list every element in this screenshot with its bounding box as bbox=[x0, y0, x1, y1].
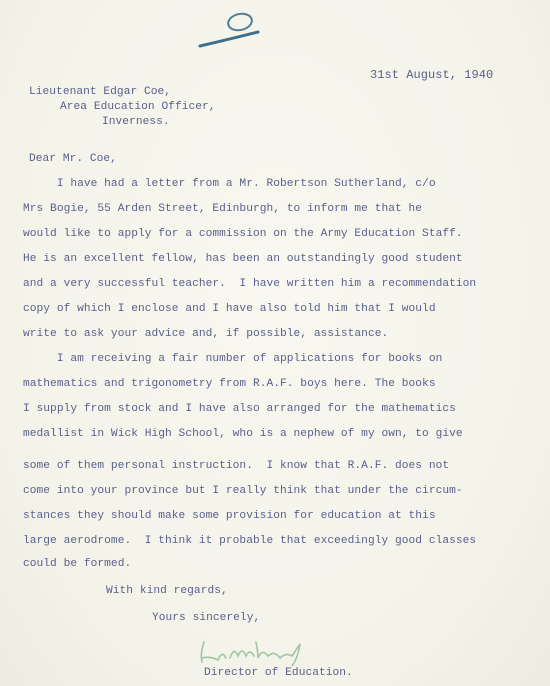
letter-date: 31st August, 1940 bbox=[370, 68, 493, 82]
recipient-place: Inverness. bbox=[102, 116, 170, 128]
recipient-position: Area Education Officer, bbox=[60, 101, 216, 113]
body-line: mathematics and trigonometry from R.A.F.… bbox=[23, 378, 436, 390]
body-line: He is an excellent fellow, has been an o… bbox=[23, 253, 463, 265]
signatory-title: Director of Education. bbox=[204, 667, 353, 679]
body-line: come into your province but I really thi… bbox=[23, 485, 463, 497]
letter-page: 31st August, 1940 Lieutenant Edgar Coe, … bbox=[0, 0, 550, 686]
body-line: medallist in Wick High School, who is a … bbox=[23, 428, 463, 440]
body-line: could be formed. bbox=[23, 558, 131, 570]
file-mark-icon bbox=[196, 8, 266, 50]
body-line: I am receiving a fair number of applicat… bbox=[23, 353, 442, 365]
sign-off: Yours sincerely, bbox=[152, 612, 260, 624]
body-line: some of them personal instruction. I kno… bbox=[23, 460, 449, 472]
salutation: Dear Mr. Coe, bbox=[29, 153, 117, 165]
body-line: write to ask your advice and, if possibl… bbox=[23, 328, 388, 340]
body-line: Mrs Bogie, 55 Arden Street, Edinburgh, t… bbox=[23, 203, 422, 215]
body-line: would like to apply for a commission on … bbox=[23, 228, 463, 240]
body-line: I supply from stock and I have also arra… bbox=[23, 403, 456, 415]
recipient-name: Lieutenant Edgar Coe, bbox=[29, 86, 171, 98]
body-line: stances they should make some provision … bbox=[23, 510, 436, 522]
body-line: large aerodrome. I think it probable tha… bbox=[23, 535, 476, 547]
body-line: and a very successful teacher. I have wr… bbox=[23, 278, 476, 290]
closing: With kind regards, bbox=[106, 585, 228, 597]
handwritten-signature-icon bbox=[196, 636, 316, 666]
body-line: I have had a letter from a Mr. Robertson… bbox=[23, 178, 436, 190]
body-line: copy of which I enclose and I have also … bbox=[23, 303, 436, 315]
